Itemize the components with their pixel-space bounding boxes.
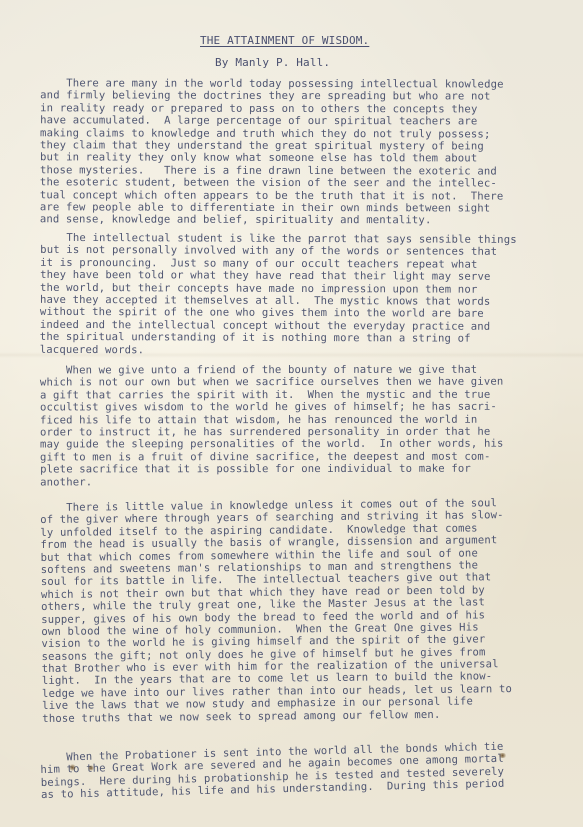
text-line: have accumulated. A large percentage of … — [40, 114, 580, 128]
paragraph-5: When the Probationer is sent into the wo… — [40, 739, 581, 802]
text-line: which is not our own but when we sacrifi… — [40, 376, 580, 389]
text-line: order to instruct it, he has surrendered… — [40, 425, 580, 438]
paragraph-1: There are many in the world today posses… — [40, 77, 580, 227]
paragraph-3: When we give unto a friend of the bounty… — [40, 364, 580, 489]
text-line: another. — [40, 475, 580, 488]
paragraph-2: The intellectual student is like the par… — [40, 232, 581, 358]
text-line: lacquered words. — [40, 343, 580, 358]
text-line: the esoteric student, between the vision… — [40, 176, 580, 190]
typewritten-page: THE ATTAINMENT OF WISDOM. By Manly P. Ha… — [0, 0, 583, 827]
ink-stain — [88, 765, 94, 771]
text-line: a gift that carries the spirit with it. … — [40, 388, 580, 401]
text-line: gift to men is a fruit of divine sacrifi… — [40, 450, 580, 463]
document-title: THE ATTAINMENT OF WISDOM. — [200, 34, 369, 47]
text-line: and firmly believing the doctrines they … — [40, 90, 580, 104]
text-line: ficed his life to attain that wisdom, he… — [40, 413, 580, 426]
text-line: but in reality they only know what someo… — [40, 152, 580, 166]
ink-stain — [498, 753, 507, 758]
text-line: and sense, knowledge and belief, spiritu… — [40, 214, 580, 228]
text-line: When we give unto a friend of the bounty… — [40, 364, 580, 377]
document-byline: By Manly P. Hall. — [215, 56, 330, 69]
ink-stain — [69, 764, 76, 771]
text-line: plete sacrifice that it is possible for … — [40, 463, 580, 476]
text-line: occultist gives wisdom to the world he g… — [40, 401, 580, 414]
text-line: may guide the sleeping personalities of … — [40, 438, 580, 451]
paragraph-4: There is little value in knowledge unles… — [40, 496, 582, 725]
